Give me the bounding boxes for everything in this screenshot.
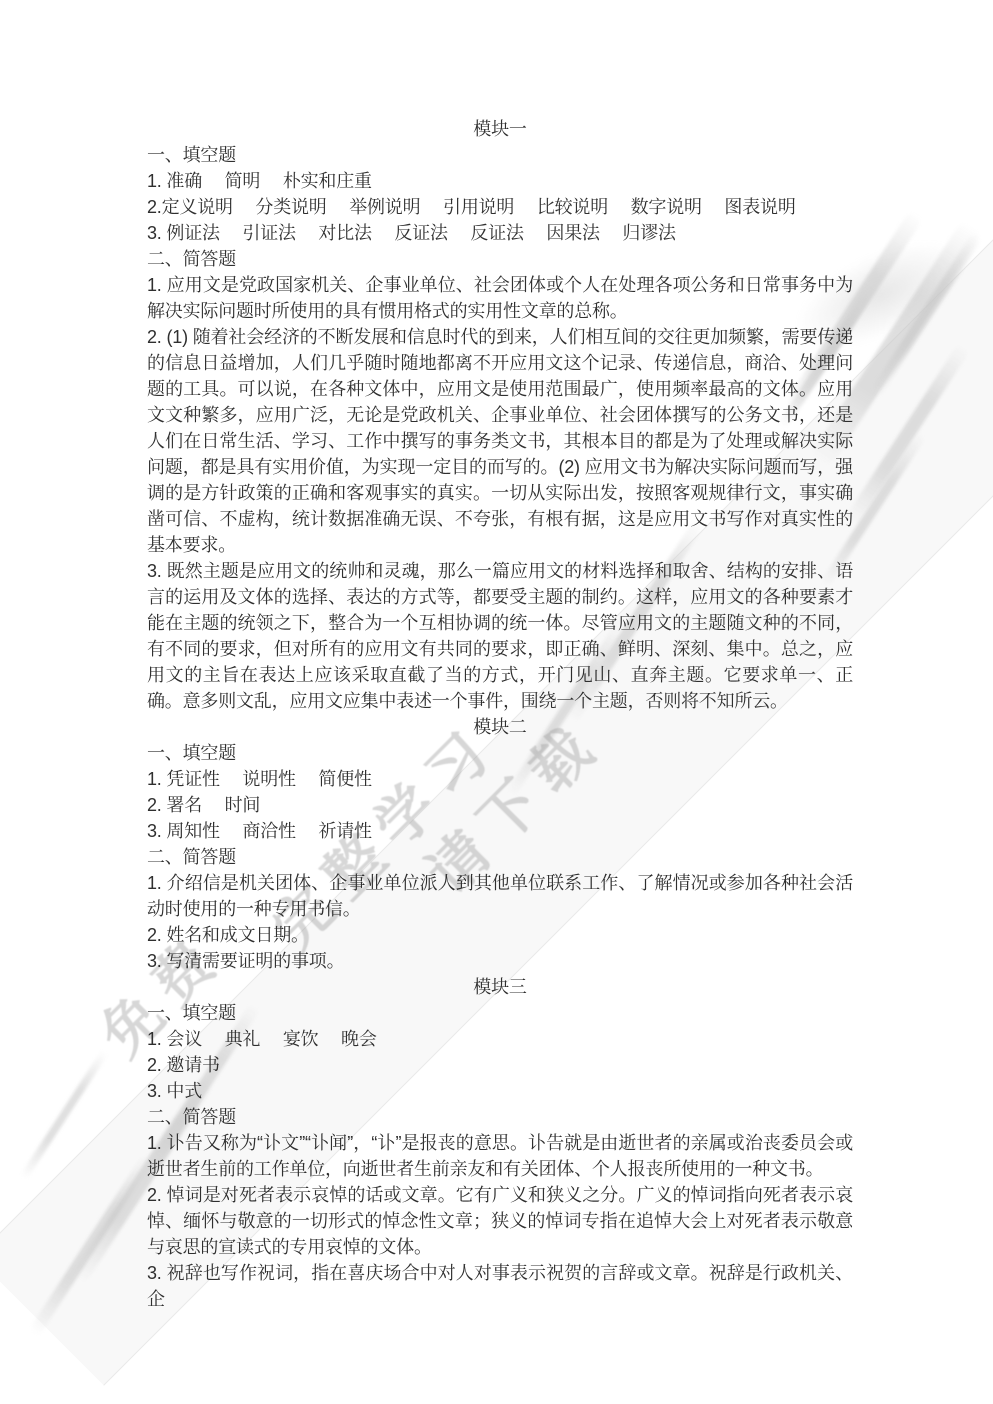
watermark-streak (844, 343, 970, 527)
paragraph: 1. 介绍信是机关团体、企事业单位派人到其他单位联系工作、了解情况或参加各种社会… (147, 870, 853, 922)
paragraph: 二、简答题 (147, 246, 853, 272)
paragraph: 1. 应用文是党政国家机关、企事业单位、社会团体或个人在处理各项公务和日常事务中… (147, 272, 853, 324)
paragraph: 1. 准确 简明 朴实和庄重 (147, 168, 853, 194)
paragraph: 3. 既然主题是应用文的统帅和灵魂，那么一篇应用文的材料选择和取舍、结构的安排、… (147, 558, 853, 714)
paragraph: 一、填空题 (147, 142, 853, 168)
paragraph: 2. (1) 随着社会经济的不断发展和信息时代的到来，人们相互间的交往更加频繁，… (147, 324, 853, 558)
paragraph: 一、填空题 (147, 740, 853, 766)
paragraph: 2. 署名 时间 (147, 792, 853, 818)
paragraph: 二、简答题 (147, 1104, 853, 1130)
watermark-streak (869, 232, 983, 398)
watermark-streak (20, 1050, 108, 1180)
paragraph: 3. 周知性 商洽性 祈请性 (147, 818, 853, 844)
paragraph: 1. 凭证性 说明性 简便性 (147, 766, 853, 792)
paragraph: 1. 讣告又称为“讣文”“讣闻”，“讣”是报丧的意思。讣告就是由逝世者的亲属或治… (147, 1130, 853, 1182)
section-title: 模块二 (147, 714, 853, 740)
paragraph: 二、简答题 (147, 844, 853, 870)
paragraph: 2. 姓名和成文日期。 (147, 922, 853, 948)
paragraph: 一、填空题 (147, 1000, 853, 1026)
answer-document: 模块一一、填空题1. 准确 简明 朴实和庄重2.定义说明 分类说明 举例说明 引… (147, 116, 853, 1312)
paragraph: 2. 悼词是对死者表示哀悼的话或文章。它有广义和狭义之分。广义的悼词指向死者表示… (147, 1182, 853, 1260)
section-title: 模块一 (147, 116, 853, 142)
paragraph: 3. 中式 (147, 1078, 853, 1104)
paragraph: 3. 例证法 引证法 对比法 反证法 反证法 因果法 归谬法 (147, 220, 853, 246)
paragraph: 3. 祝辞也写作祝词，指在喜庆场合中对人对事表示祝贺的言辞或文章。祝辞是行政机关… (147, 1260, 853, 1312)
paragraph: 2. 邀请书 (147, 1052, 853, 1078)
paragraph: 2.定义说明 分类说明 举例说明 引用说明 比较说明 数字说明 图表说明 (147, 194, 853, 220)
paragraph: 1. 会议 典礼 宴饮 晚会 (147, 1026, 853, 1052)
section-title: 模块三 (147, 974, 853, 1000)
page: 免费 完整学习 请下载 模块一一、填空题1. 准确 简明 朴实和庄重2.定义说明… (0, 0, 993, 1404)
paragraph: 3. 写清需要证明的事项。 (147, 948, 853, 974)
watermark-streak (29, 1154, 153, 1337)
